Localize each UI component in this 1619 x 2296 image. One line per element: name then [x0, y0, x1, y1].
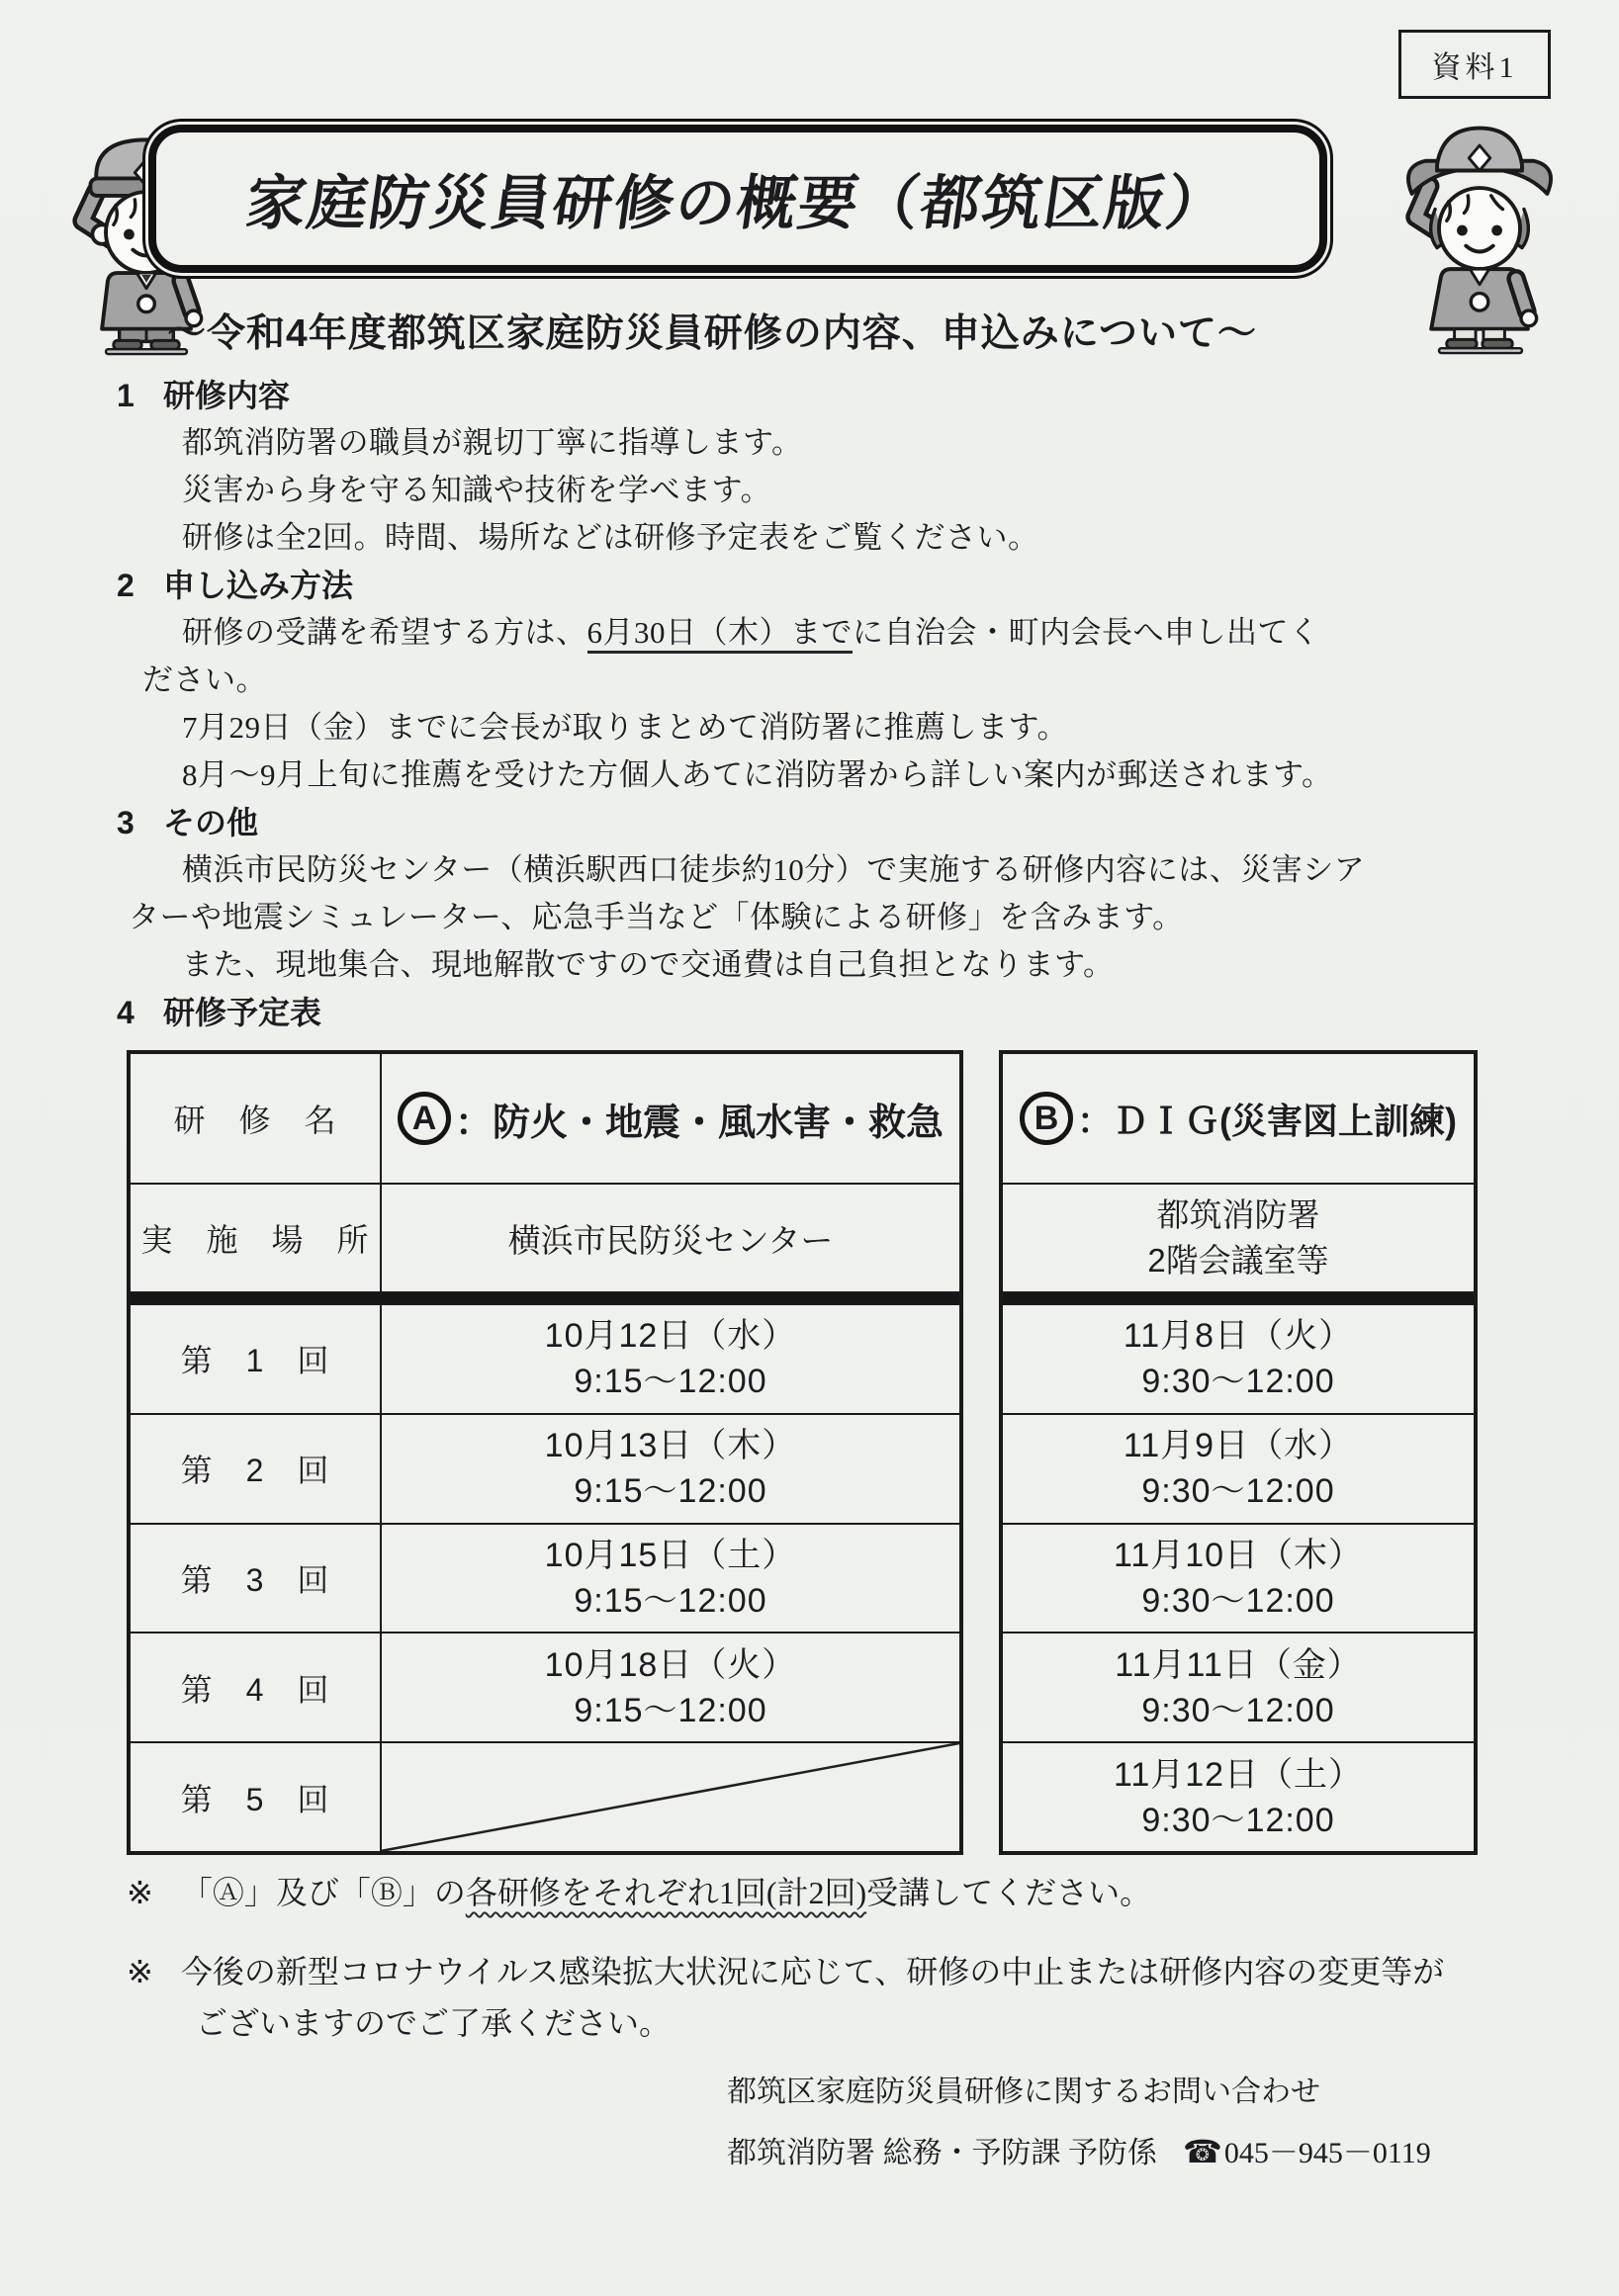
note-1-pre: 「Ⓐ」及び「Ⓑ」の — [181, 1875, 466, 1910]
section-3-number: 3 — [117, 799, 163, 846]
round-label: 第 1 回 — [131, 1305, 380, 1413]
section-4-title: 研修予定表 — [163, 989, 321, 1036]
page-subtitle: ～令和4年度都筑区家庭防災員研修の内容、申込みについて～ — [89, 303, 1335, 358]
schedule-table-course-a: 研 修 名 A ：防火・地震・風水害・救急 実 施 場 所 横浜市民防災センター… — [127, 1050, 963, 1855]
session-date: 10月12日（水） — [545, 1313, 797, 1359]
note-1-post: 受講してください。 — [866, 1875, 1151, 1910]
course-a-session-5-empty — [382, 1743, 959, 1851]
course-a-session-4: 10月18日（火） 9:15～12:00 — [382, 1634, 959, 1741]
note-2-line1: 今後の新型コロナウイルス感染拡大状況に応じて、研修の中止または研修内容の変更等が — [181, 1946, 1444, 1997]
session-date: 11月11日（金） — [1115, 1642, 1362, 1688]
apply-text-pre: 研修の受講を希望する方は、 — [182, 615, 587, 650]
apply-text-post: に自治会・町内会長へ申し出てく — [853, 615, 1320, 650]
course-b-place: 都筑消防署 2階会議室等 — [1003, 1185, 1474, 1291]
contact-detail: 都筑消防署 総務・予防課 予防係☎045－945－0119 — [727, 2122, 1431, 2183]
section-1-number: 1 — [117, 372, 163, 419]
firefighter-mascot-right-icon — [1381, 109, 1578, 356]
course-a-session-3: 10月15日（土） 9:15～12:00 — [382, 1525, 959, 1633]
note-1: ※ 「Ⓐ」及び「Ⓑ」の各研修をそれぞれ1回(計2回)受講してください。 — [127, 1867, 1151, 1918]
course-b-session-4: 11月11日（金） 9:30～12:00 — [1003, 1634, 1474, 1741]
section-2-line: ださい。 — [117, 657, 1521, 704]
round-label: 第 5 回 — [131, 1743, 380, 1851]
phone-number: 045－945－0119 — [1224, 2137, 1431, 2169]
section-3-line: ターや地震シミュレーター、応急手当など「体験による研修」を含みます。 — [117, 894, 1521, 941]
section-2-number: 2 — [117, 562, 163, 609]
session-time: 9:30～12:00 — [1141, 1359, 1334, 1404]
course-b-place-line1: 都筑消防署 — [1157, 1192, 1320, 1238]
section-3-line: 横浜市民防災センター（横浜駅西口徒歩約10分）で実施する研修内容には、災害シア — [117, 846, 1521, 894]
scanned-document-page: 資料1 — [0, 0, 1619, 2296]
section-3-heading: 3 その他 — [117, 799, 1521, 846]
document-body: 1 研修内容 都筑消防署の職員が親切丁寧に指導します。 災害から身を守る知識や技… — [117, 372, 1521, 1036]
section-2-title: 申し込み方法 — [163, 562, 353, 609]
session-date: 11月10日（木） — [1114, 1533, 1363, 1578]
section-1-line: 災害から身を守る知識や技術を学べます。 — [117, 467, 1521, 514]
table-separator-band — [1003, 1293, 1474, 1303]
course-b-session-2: 11月9日（水） 9:30～12:00 — [1003, 1415, 1474, 1523]
session-date: 11月8日（火） — [1124, 1313, 1353, 1359]
note-1-text: 「Ⓐ」及び「Ⓑ」の各研修をそれぞれ1回(計2回)受講してください。 — [181, 1867, 1151, 1918]
course-name-label: 研 修 名 — [131, 1054, 380, 1183]
session-date: 10月13日（木） — [545, 1423, 797, 1468]
course-b-session-5: 11月12日（土） 9:30～12:00 — [1003, 1743, 1474, 1851]
section-2-line: 8月～9月上旬に推薦を受けた方個人あてに消防署から詳しい案内が郵送されます。 — [117, 751, 1521, 799]
section-2-line: 研修の受講を希望する方は、6月30日（木）までに自治会・町内会長へ申し出てく — [117, 609, 1521, 657]
note-mark: ※ — [127, 1946, 153, 1997]
round-label: 第 2 回 — [131, 1415, 380, 1523]
section-4-heading: 4 研修予定表 — [117, 989, 1521, 1036]
section-2-heading: 2 申し込み方法 — [117, 562, 1521, 609]
session-time: 9:30～12:00 — [1141, 1688, 1334, 1733]
contact-phone: ☎045－945－0119 — [1183, 2137, 1431, 2169]
diagonal-line — [382, 1743, 959, 1851]
session-date: 11月12日（土） — [1114, 1752, 1363, 1798]
session-time: 9:15～12:00 — [574, 1468, 766, 1514]
session-time: 9:15～12:00 — [574, 1578, 766, 1624]
contact-heading: 都筑区家庭防災員研修に関するお問い合わせ — [727, 2063, 1431, 2122]
note-2: ※ 今後の新型コロナウイルス感染拡大状況に応じて、研修の中止または研修内容の変更… — [127, 1946, 1444, 2049]
document-tag: 資料1 — [1398, 30, 1551, 99]
note-2-line2: ございますのでご了承ください。 — [127, 1997, 1444, 2049]
section-1-title: 研修内容 — [163, 372, 290, 419]
section-1-line: 都筑消防署の職員が親切丁寧に指導します。 — [117, 419, 1521, 467]
course-b-place-line2: 2階会議室等 — [1147, 1238, 1328, 1283]
page-title: 家庭防災員研修の概要（都筑区版） — [241, 156, 1234, 241]
session-date: 11月9日（水） — [1124, 1423, 1353, 1468]
table-separator-band — [131, 1293, 959, 1303]
section-1-line: 研修は全2回。時間、場所などは研修予定表をご覧ください。 — [117, 514, 1521, 562]
session-time: 9:30～12:00 — [1141, 1578, 1334, 1624]
session-time: 9:30～12:00 — [1141, 1798, 1334, 1843]
note-1-wavy-underlined: 各研修をそれぞれ1回(計2回) — [466, 1875, 866, 1910]
section-2-line: 7月29日（金）までに会長が取りまとめて消防署に推薦します。 — [117, 704, 1521, 751]
course-a-session-1: 10月12日（水） 9:15～12:00 — [382, 1305, 959, 1413]
title-banner: 家庭防災員研修の概要（都筑区版） — [148, 125, 1327, 273]
course-a-title: ：防火・地震・風水害・救急 — [455, 1092, 944, 1146]
place-label: 実 施 場 所 — [131, 1185, 380, 1291]
section-3-line: また、現地集合、現地解散ですので交通費は自己負担となります。 — [117, 941, 1521, 989]
session-time: 9:15～12:00 — [574, 1688, 766, 1733]
course-b-session-3: 11月10日（木） 9:30～12:00 — [1003, 1525, 1474, 1633]
section-3-title: その他 — [163, 799, 258, 846]
note-mark: ※ — [127, 1867, 153, 1918]
course-a-session-2: 10月13日（木） 9:15～12:00 — [382, 1415, 959, 1523]
course-b-badge: B — [1020, 1092, 1073, 1145]
course-b-title: ：ＤＩＧ(災害図上訓練) — [1077, 1094, 1457, 1144]
course-a-badge: A — [398, 1092, 451, 1145]
contact-department: 都筑消防署 総務・予防課 予防係 — [727, 2137, 1157, 2169]
round-label: 第 4 回 — [131, 1634, 380, 1741]
course-a-header: A ：防火・地震・風水害・救急 — [382, 1054, 959, 1183]
session-date: 10月18日（火） — [545, 1642, 797, 1688]
course-a-place: 横浜市民防災センター — [382, 1185, 959, 1291]
telephone-icon: ☎ — [1183, 2134, 1222, 2169]
session-time: 9:15～12:00 — [574, 1359, 766, 1404]
section-1-heading: 1 研修内容 — [117, 372, 1521, 419]
section-4-number: 4 — [117, 989, 163, 1036]
session-time: 9:30～12:00 — [1141, 1468, 1334, 1514]
course-b-session-1: 11月8日（火） 9:30～12:00 — [1003, 1305, 1474, 1413]
apply-deadline-underlined: 6月30日（木）まで — [587, 615, 854, 654]
contact-block: 都筑区家庭防災員研修に関するお問い合わせ 都筑消防署 総務・予防課 予防係☎04… — [727, 2063, 1431, 2183]
schedule-table-course-b: B ：ＤＩＧ(災害図上訓練) 都筑消防署 2階会議室等 11月8日（火） 9:3… — [999, 1050, 1478, 1855]
session-date: 10月15日（土） — [545, 1533, 797, 1578]
course-b-header: B ：ＤＩＧ(災害図上訓練) — [1003, 1054, 1474, 1183]
round-label: 第 3 回 — [131, 1525, 380, 1633]
